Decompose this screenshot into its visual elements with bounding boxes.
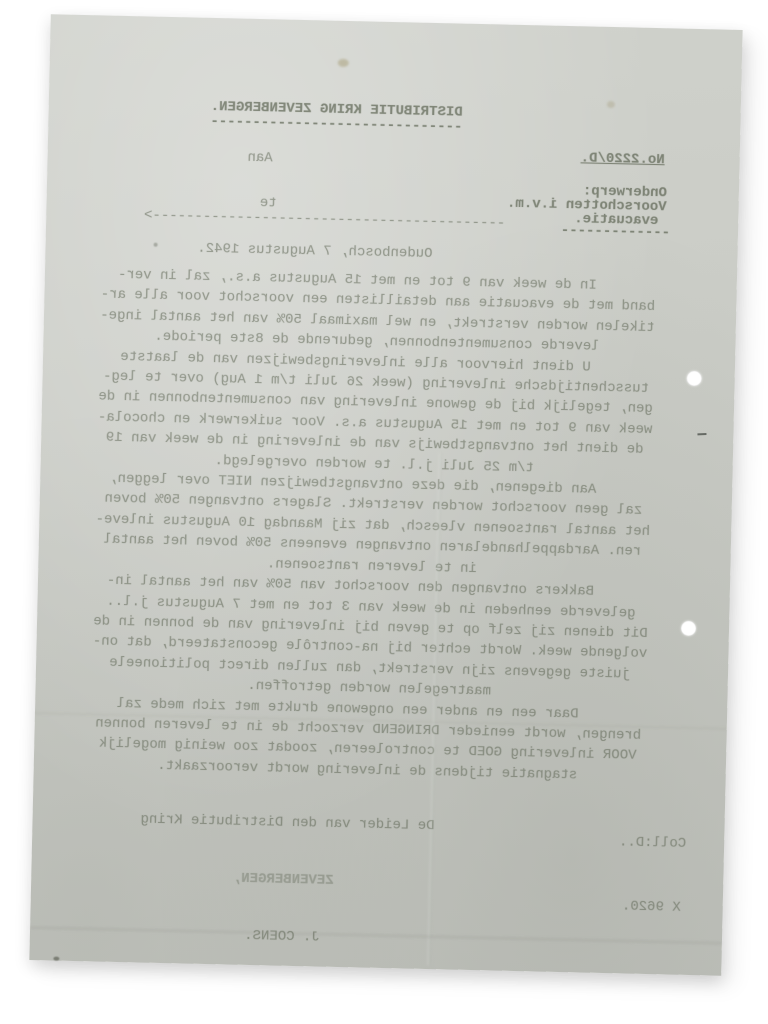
body-text: In de week van 9 tot en met 15 Augustus … bbox=[84, 264, 662, 787]
stain-spot bbox=[338, 59, 349, 67]
stain-spot bbox=[607, 101, 615, 108]
typed-content-mirrored: DISTRIBUTIE KRING ZEVENBERGEN. ---------… bbox=[29, 14, 742, 975]
paper-sheet: DISTRIBUTIE KRING ZEVENBERGEN. ---------… bbox=[29, 14, 742, 975]
dateline: Oudenbosch, 7 Augustus 1942. bbox=[197, 240, 433, 263]
closing-line1: De Leider van den Distributie Kring bbox=[134, 809, 434, 837]
closing-line2: ZEVENBERGEN, bbox=[133, 866, 433, 894]
number-annotation: X 9620. bbox=[622, 897, 681, 916]
reference-number: No.2220/D. bbox=[580, 149, 664, 169]
signature-block: De Leider van den Distributie Kring ZEVE… bbox=[131, 773, 436, 987]
te-arrow-line: ----------------------------------------… bbox=[144, 206, 506, 232]
subject-underline: ------------- bbox=[561, 222, 671, 242]
aan-label: Aan bbox=[247, 149, 273, 168]
closing-line3: J. COENS. bbox=[132, 923, 432, 951]
coll-annotation: Coll:D.. bbox=[619, 833, 687, 853]
pen-mark bbox=[697, 433, 706, 435]
stain-spot bbox=[154, 243, 158, 247]
document-photo: DISTRIBUTIE KRING ZEVENBERGEN. ---------… bbox=[0, 0, 768, 1024]
dirt-speck bbox=[53, 957, 59, 961]
